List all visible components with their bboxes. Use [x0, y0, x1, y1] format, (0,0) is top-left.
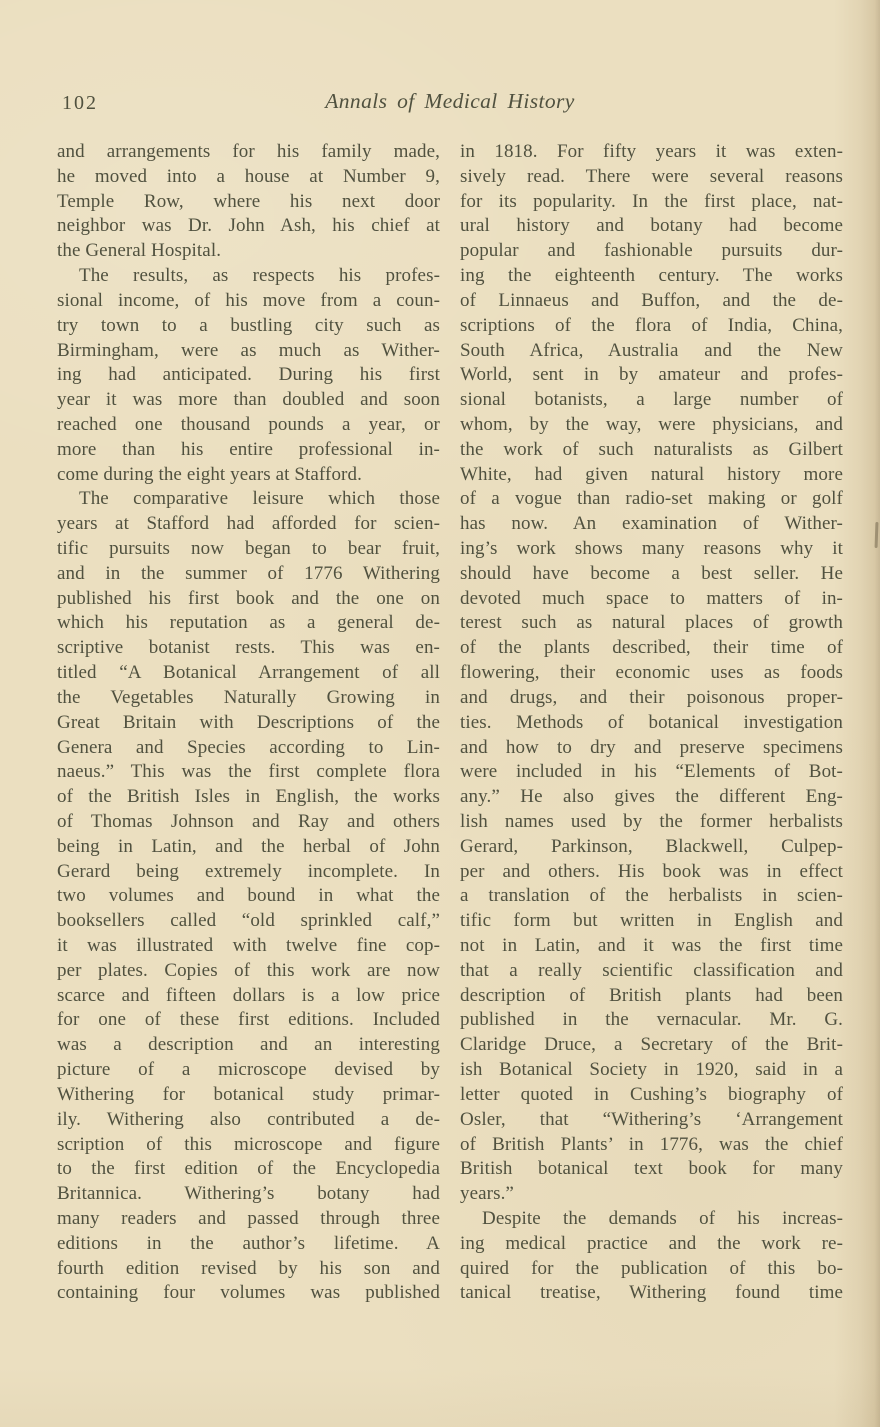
text-line: he moved into a house at Number 9,: [57, 165, 440, 190]
text-line: booksellers called “old sprinkled calf,”: [57, 909, 440, 934]
text-line: containing four volumes was published: [57, 1281, 440, 1306]
text-line: ing had anticipated. During his first: [57, 363, 440, 388]
book-page: { "page": { "number": "102", "header_tit…: [0, 0, 880, 1427]
text-line: years at Stafford had afforded for scien…: [57, 512, 440, 537]
text-line: tanical treatise, Withering found time: [460, 1281, 843, 1306]
column-left: and arrangements for his family made,he …: [57, 140, 440, 1306]
text-line: of Thomas Johnson and Ray and others: [57, 810, 440, 835]
text-line: should have become a best seller. He: [460, 562, 843, 587]
text-line: and drugs, and their poisonous proper-: [460, 686, 843, 711]
text-line: Claridge Druce, a Secretary of the Brit-: [460, 1033, 843, 1058]
text-line: scription of this microscope and figure: [57, 1133, 440, 1158]
text-line: per plates. Copies of this work are now: [57, 959, 440, 984]
text-line: to the first edition of the Encyclopedia: [57, 1157, 440, 1182]
text-line: Osler, that “Withering’s ‘Arrangement: [460, 1108, 843, 1133]
text-line: try town to a bustling city such as: [57, 314, 440, 339]
text-line: tific form but written in English and: [460, 909, 843, 934]
text-line: ural history and botany had become: [460, 214, 843, 239]
text-line: scriptive botanist rests. This was en-: [57, 636, 440, 661]
text-columns: and arrangements for his family made,he …: [57, 140, 843, 1306]
text-line: published in the vernacular. Mr. G.: [460, 1008, 843, 1033]
page-content: 102 Annals of Medical History and arrang…: [57, 0, 843, 1306]
text-line: being in Latin, and the herbal of John: [57, 835, 440, 860]
text-line: Gerard, Parkinson, Blackwell, Culpep-: [460, 835, 843, 860]
text-line: it was illustrated with twelve fine cop-: [57, 934, 440, 959]
text-line: White, had given natural history more: [460, 463, 843, 488]
text-line: picture of a microscope devised by: [57, 1058, 440, 1083]
text-line: which his reputation as a general de-: [57, 611, 440, 636]
text-line: published his first book and the one on: [57, 587, 440, 612]
text-line: ish Botanical Society in 1920, said in a: [460, 1058, 843, 1083]
text-line: titled “A Botanical Arrangement of all: [57, 661, 440, 686]
text-line: not in Latin, and it was the first time: [460, 934, 843, 959]
text-line: Withering for botanical study primar-: [57, 1083, 440, 1108]
text-line: neighbor was Dr. John Ash, his chief at: [57, 214, 440, 239]
paragraph: The comparative leisure which thoseyears…: [57, 487, 440, 1306]
page-bottom-shadow: [0, 1367, 880, 1427]
text-line: of a vogue than radio-set making or golf: [460, 487, 843, 512]
text-line: of the British Isles in English, the wor…: [57, 785, 440, 810]
text-line: a translation of the herbalists in scien…: [460, 884, 843, 909]
text-line: Despite the demands of his increas-: [460, 1207, 843, 1232]
text-line: terest such as natural places of growth: [460, 611, 843, 636]
text-line: sional income, of his move from a coun-: [57, 289, 440, 314]
text-line: the General Hospital.: [57, 239, 440, 264]
text-line: sional botanists, a large number of: [460, 388, 843, 413]
text-line: the Vegetables Naturally Growing in: [57, 686, 440, 711]
text-line: Genera and Species according to Lin-: [57, 736, 440, 761]
text-line: and in the summer of 1776 Withering: [57, 562, 440, 587]
text-line: was a description and an interesting: [57, 1033, 440, 1058]
paragraph: in 1818. For fifty years it was exten-si…: [460, 140, 843, 1207]
text-line: The comparative leisure which those: [57, 487, 440, 512]
journal-title: Annals of Medical History: [57, 89, 843, 114]
running-head: 102 Annals of Medical History: [57, 0, 843, 140]
text-line: and arrangements for his family made,: [57, 140, 440, 165]
text-line: World, sent in by amateur and profes-: [460, 363, 843, 388]
text-line: for its popularity. In the first place, …: [460, 190, 843, 215]
text-line: editions in the author’s lifetime. A: [57, 1232, 440, 1257]
text-line: in 1818. For fifty years it was exten-: [460, 140, 843, 165]
text-line: Britannica. Withering’s botany had: [57, 1182, 440, 1207]
text-line: quired for the publication of this bo-: [460, 1257, 843, 1282]
text-line: that a really scientific classification …: [460, 959, 843, 984]
text-line: The results, as respects his profes-: [57, 264, 440, 289]
text-line: two volumes and bound in what the: [57, 884, 440, 909]
text-line: Birmingham, were as much as Wither-: [57, 339, 440, 364]
text-line: of the plants described, their time of: [460, 636, 843, 661]
text-line: for one of these first editions. Include…: [57, 1008, 440, 1033]
text-line: ing the eighteenth century. The works: [460, 264, 843, 289]
text-line: years.”: [460, 1182, 843, 1207]
text-line: whom, by the way, were physicians, and: [460, 413, 843, 438]
text-line: tific pursuits now began to bear fruit,: [57, 537, 440, 562]
text-line: flowering, their economic uses as foods: [460, 661, 843, 686]
text-line: devoted much space to matters of in-: [460, 587, 843, 612]
text-line: naeus.” This was the first complete flor…: [57, 760, 440, 785]
text-line: fourth edition revised by his son and: [57, 1257, 440, 1282]
text-line: were included in his “Elements of Bot-: [460, 760, 843, 785]
text-line: and how to dry and preserve specimens: [460, 736, 843, 761]
text-line: scriptions of the flora of India, China,: [460, 314, 843, 339]
text-line: sively read. There were several reasons: [460, 165, 843, 190]
text-line: Gerard being extremely incomplete. In: [57, 860, 440, 885]
text-line: British botanical text book for many: [460, 1157, 843, 1182]
text-line: ties. Methods of botanical investigation: [460, 711, 843, 736]
text-line: more than his entire professional in-: [57, 438, 440, 463]
text-line: come during the eight years at Stafford.: [57, 463, 440, 488]
text-line: reached one thousand pounds a year, or: [57, 413, 440, 438]
column-right: in 1818. For fifty years it was exten-si…: [460, 140, 843, 1306]
paragraph: Despite the demands of his increas-ing m…: [460, 1207, 843, 1306]
text-line: many readers and passed through three: [57, 1207, 440, 1232]
text-line: Great Britain with Descriptions of the: [57, 711, 440, 736]
paragraph: and arrangements for his family made,he …: [57, 140, 440, 264]
text-line: scarce and fifteen dollars is a low pric…: [57, 984, 440, 1009]
text-line: ing’s work shows many reasons why it: [460, 537, 843, 562]
text-line: popular and fashionable pursuits dur-: [460, 239, 843, 264]
text-line: letter quoted in Cushing’s biography of: [460, 1083, 843, 1108]
text-line: lish names used by the former herbalists: [460, 810, 843, 835]
text-line: the work of such naturalists as Gilbert: [460, 438, 843, 463]
text-line: of British Plants’ in 1776, was the chie…: [460, 1133, 843, 1158]
text-line: year it was more than doubled and soon: [57, 388, 440, 413]
text-line: per and others. His book was in effect: [460, 860, 843, 885]
text-line: any.” He also gives the different Eng-: [460, 785, 843, 810]
text-line: description of British plants had been: [460, 984, 843, 1009]
text-line: South Africa, Australia and the New: [460, 339, 843, 364]
text-line: of Linnaeus and Buffon, and the de-: [460, 289, 843, 314]
text-line: ily. Withering also contributed a de-: [57, 1108, 440, 1133]
paragraph: The results, as respects his profes-sion…: [57, 264, 440, 487]
text-line: ing medical practice and the work re-: [460, 1232, 843, 1257]
page-edge-mark: [875, 522, 879, 548]
text-line: has now. An examination of Wither-: [460, 512, 843, 537]
text-line: Temple Row, where his next door: [57, 190, 440, 215]
